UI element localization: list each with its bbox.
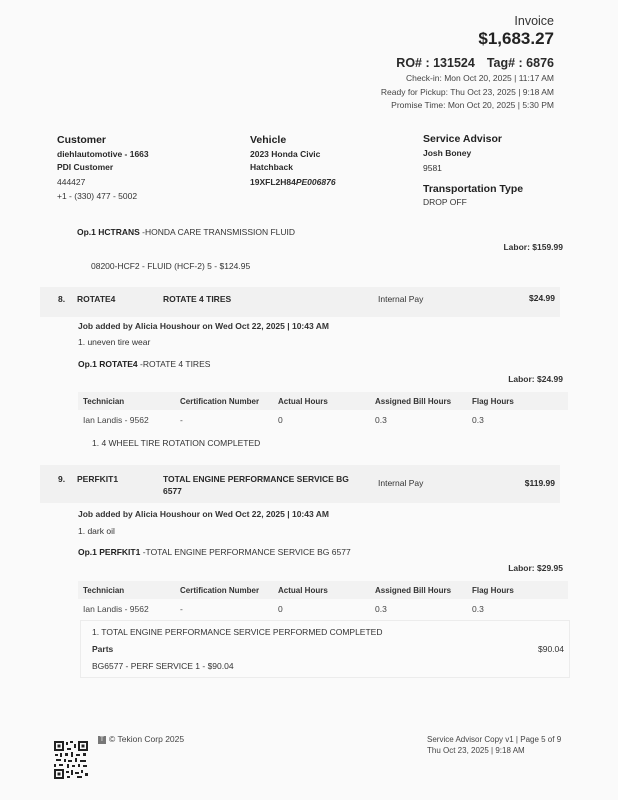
actual-hours: 0 xyxy=(278,604,283,614)
technician-table: Technician Certification Number Actual H… xyxy=(78,392,568,428)
flag-hours: 0.3 xyxy=(472,604,484,614)
customer-type: PDI Customer xyxy=(57,161,149,174)
advisor-title: Service Advisor xyxy=(423,133,523,145)
parts-label: Parts xyxy=(92,644,113,654)
job-title: ROTATE 4 TIRES xyxy=(163,294,231,304)
job-header-9: 9. PERFKIT1 TOTAL ENGINE PERFORMANCE SER… xyxy=(40,465,560,503)
job-concern: 1. uneven tire wear xyxy=(78,337,150,347)
footer-copyright: T© Tekion Corp 2025 xyxy=(98,734,184,744)
job-story: 1. TOTAL ENGINE PERFORMANCE SERVICE PERF… xyxy=(92,627,382,637)
col-technician: Technician xyxy=(83,586,124,595)
job-labor: Labor: $24.99 xyxy=(508,374,563,384)
vehicle-year-make-model: 2023 Honda Civic xyxy=(250,148,336,161)
flag-hours: 0.3 xyxy=(472,415,484,425)
parts-total: $90.04 xyxy=(538,644,564,654)
vehicle-block: Vehicle 2023 Honda Civic Hatchback 19XFL… xyxy=(250,134,336,189)
copyright-text: © Tekion Corp 2025 xyxy=(109,734,184,744)
technician-table: Technician Certification Number Actual H… xyxy=(78,581,568,617)
actual-hours: 0 xyxy=(278,415,283,425)
col-technician: Technician xyxy=(83,397,124,406)
technician-table-header: Technician Certification Number Actual H… xyxy=(78,392,568,410)
customer-title: Customer xyxy=(57,134,149,146)
assigned-bill-hours: 0.3 xyxy=(375,415,387,425)
job-title: TOTAL ENGINE PERFORMANCE SERVICE BG6577 xyxy=(163,473,349,497)
advisor-id: 9581 xyxy=(423,162,523,175)
transport-title: Transportation Type xyxy=(423,183,523,195)
col-certification: Certification Number xyxy=(180,586,259,595)
vehicle-vin: 19XFL2H84PE006876 xyxy=(250,176,336,189)
job-number: 8. xyxy=(58,294,65,304)
vin-suffix: PE006876 xyxy=(296,177,336,187)
check-in-time: Check-in: Mon Oct 20, 2025 | 11:17 AM xyxy=(406,73,554,83)
transport-value: DROP OFF xyxy=(423,196,523,209)
job-added-by: Job added by Alicia Houshour on Wed Oct … xyxy=(78,509,329,519)
col-actual-hours: Actual Hours xyxy=(278,586,328,595)
col-flag-hours: Flag Hours xyxy=(472,586,514,595)
invoice-label: Invoice xyxy=(514,14,554,28)
job-op-desc: -TOTAL ENGINE PERFORMANCE SERVICE BG 657… xyxy=(140,547,350,557)
prev-op-code: Op.1 HCTRANS xyxy=(77,227,140,237)
tag-number: Tag# : 6876 xyxy=(487,56,554,70)
table-row: Ian Landis - 9562 - 0 0.3 0.3 xyxy=(78,599,568,617)
prev-op-title: Op.1 HCTRANS -HONDA CARE TRANSMISSION FL… xyxy=(77,227,295,237)
col-certification: Certification Number xyxy=(180,397,259,406)
col-assigned-bill-hours: Assigned Bill Hours xyxy=(375,397,451,406)
invoice-total: $1,683.27 xyxy=(478,29,554,49)
prev-part-line: 08200-HCF2 - FLUID (HCF-2) 5 - $124.95 xyxy=(91,261,250,271)
vin-prefix: 19XFL2H84 xyxy=(250,177,296,187)
job-op-code: Op.1 PERFKIT1 xyxy=(78,547,140,557)
technician-name: Ian Landis - 9562 xyxy=(83,604,149,614)
job-code: PERFKIT1 xyxy=(77,474,118,484)
ro-tag-line: RO# : 131524Tag# : 6876 xyxy=(396,56,554,70)
job-number: 9. xyxy=(58,474,65,484)
ready-for-pickup-time: Ready for Pickup: Thu Oct 23, 2025 | 9:1… xyxy=(381,87,554,97)
copy-page-info: Service Advisor Copy v1 | Page 5 of 9 xyxy=(427,734,561,745)
tekion-logo-icon: T xyxy=(98,736,106,744)
table-row: Ian Landis - 9562 - 0 0.3 0.3 xyxy=(78,410,568,428)
col-flag-hours: Flag Hours xyxy=(472,397,514,406)
qr-code-icon xyxy=(53,740,89,780)
job-pay-type: Internal Pay xyxy=(378,294,423,304)
vehicle-title: Vehicle xyxy=(250,134,336,146)
job-pay-type: Internal Pay xyxy=(378,478,423,488)
job-amount: $24.99 xyxy=(529,293,555,303)
certification-number: - xyxy=(180,415,183,425)
job-story: 1. 4 WHEEL TIRE ROTATION COMPLETED xyxy=(92,438,260,448)
customer-phone: +1 - (330) 477 - 5002 xyxy=(57,190,149,203)
job-op-desc: -ROTATE 4 TIRES xyxy=(138,359,211,369)
customer-name: diehlautomotive - 1663 xyxy=(57,148,149,161)
job-header-8: 8. ROTATE4 ROTATE 4 TIRES Internal Pay $… xyxy=(40,287,560,317)
technician-table-header: Technician Certification Number Actual H… xyxy=(78,581,568,599)
printed-timestamp: Thu Oct 23, 2025 | 9:18 AM xyxy=(427,745,561,756)
certification-number: - xyxy=(180,604,183,614)
parts-section: 1. TOTAL ENGINE PERFORMANCE SERVICE PERF… xyxy=(80,620,570,678)
job-op-title: Op.1 PERFKIT1 -TOTAL ENGINE PERFORMANCE … xyxy=(78,547,351,557)
job-concern: 1. dark oil xyxy=(78,526,115,536)
col-assigned-bill-hours: Assigned Bill Hours xyxy=(375,586,451,595)
advisor-name: Josh Boney xyxy=(423,147,523,160)
part-line: BG6577 - PERF SERVICE 1 - $90.04 xyxy=(92,661,234,671)
footer-page-info: Service Advisor Copy v1 | Page 5 of 9 Th… xyxy=(427,734,561,756)
job-labor: Labor: $29.95 xyxy=(508,563,563,573)
assigned-bill-hours: 0.3 xyxy=(375,604,387,614)
job-code: ROTATE4 xyxy=(77,294,115,304)
vehicle-body: Hatchback xyxy=(250,161,336,174)
job-amount: $119.99 xyxy=(525,478,555,488)
col-actual-hours: Actual Hours xyxy=(278,397,328,406)
job-op-title: Op.1 ROTATE4 -ROTATE 4 TIRES xyxy=(78,359,210,369)
customer-block: Customer diehlautomotive - 1663 PDI Cust… xyxy=(57,134,149,203)
job-added-by: Job added by Alicia Houshour on Wed Oct … xyxy=(78,321,329,331)
advisor-block: Service Advisor Josh Boney 9581 Transpor… xyxy=(423,133,523,209)
ro-number: RO# : 131524 xyxy=(396,56,475,70)
prev-labor: Labor: $159.99 xyxy=(503,242,563,252)
technician-name: Ian Landis - 9562 xyxy=(83,415,149,425)
customer-id: 444427 xyxy=(57,176,149,189)
prev-op-desc: -HONDA CARE TRANSMISSION FLUID xyxy=(140,227,295,237)
job-op-code: Op.1 ROTATE4 xyxy=(78,359,138,369)
promise-time: Promise Time: Mon Oct 20, 2025 | 5:30 PM xyxy=(391,100,554,110)
